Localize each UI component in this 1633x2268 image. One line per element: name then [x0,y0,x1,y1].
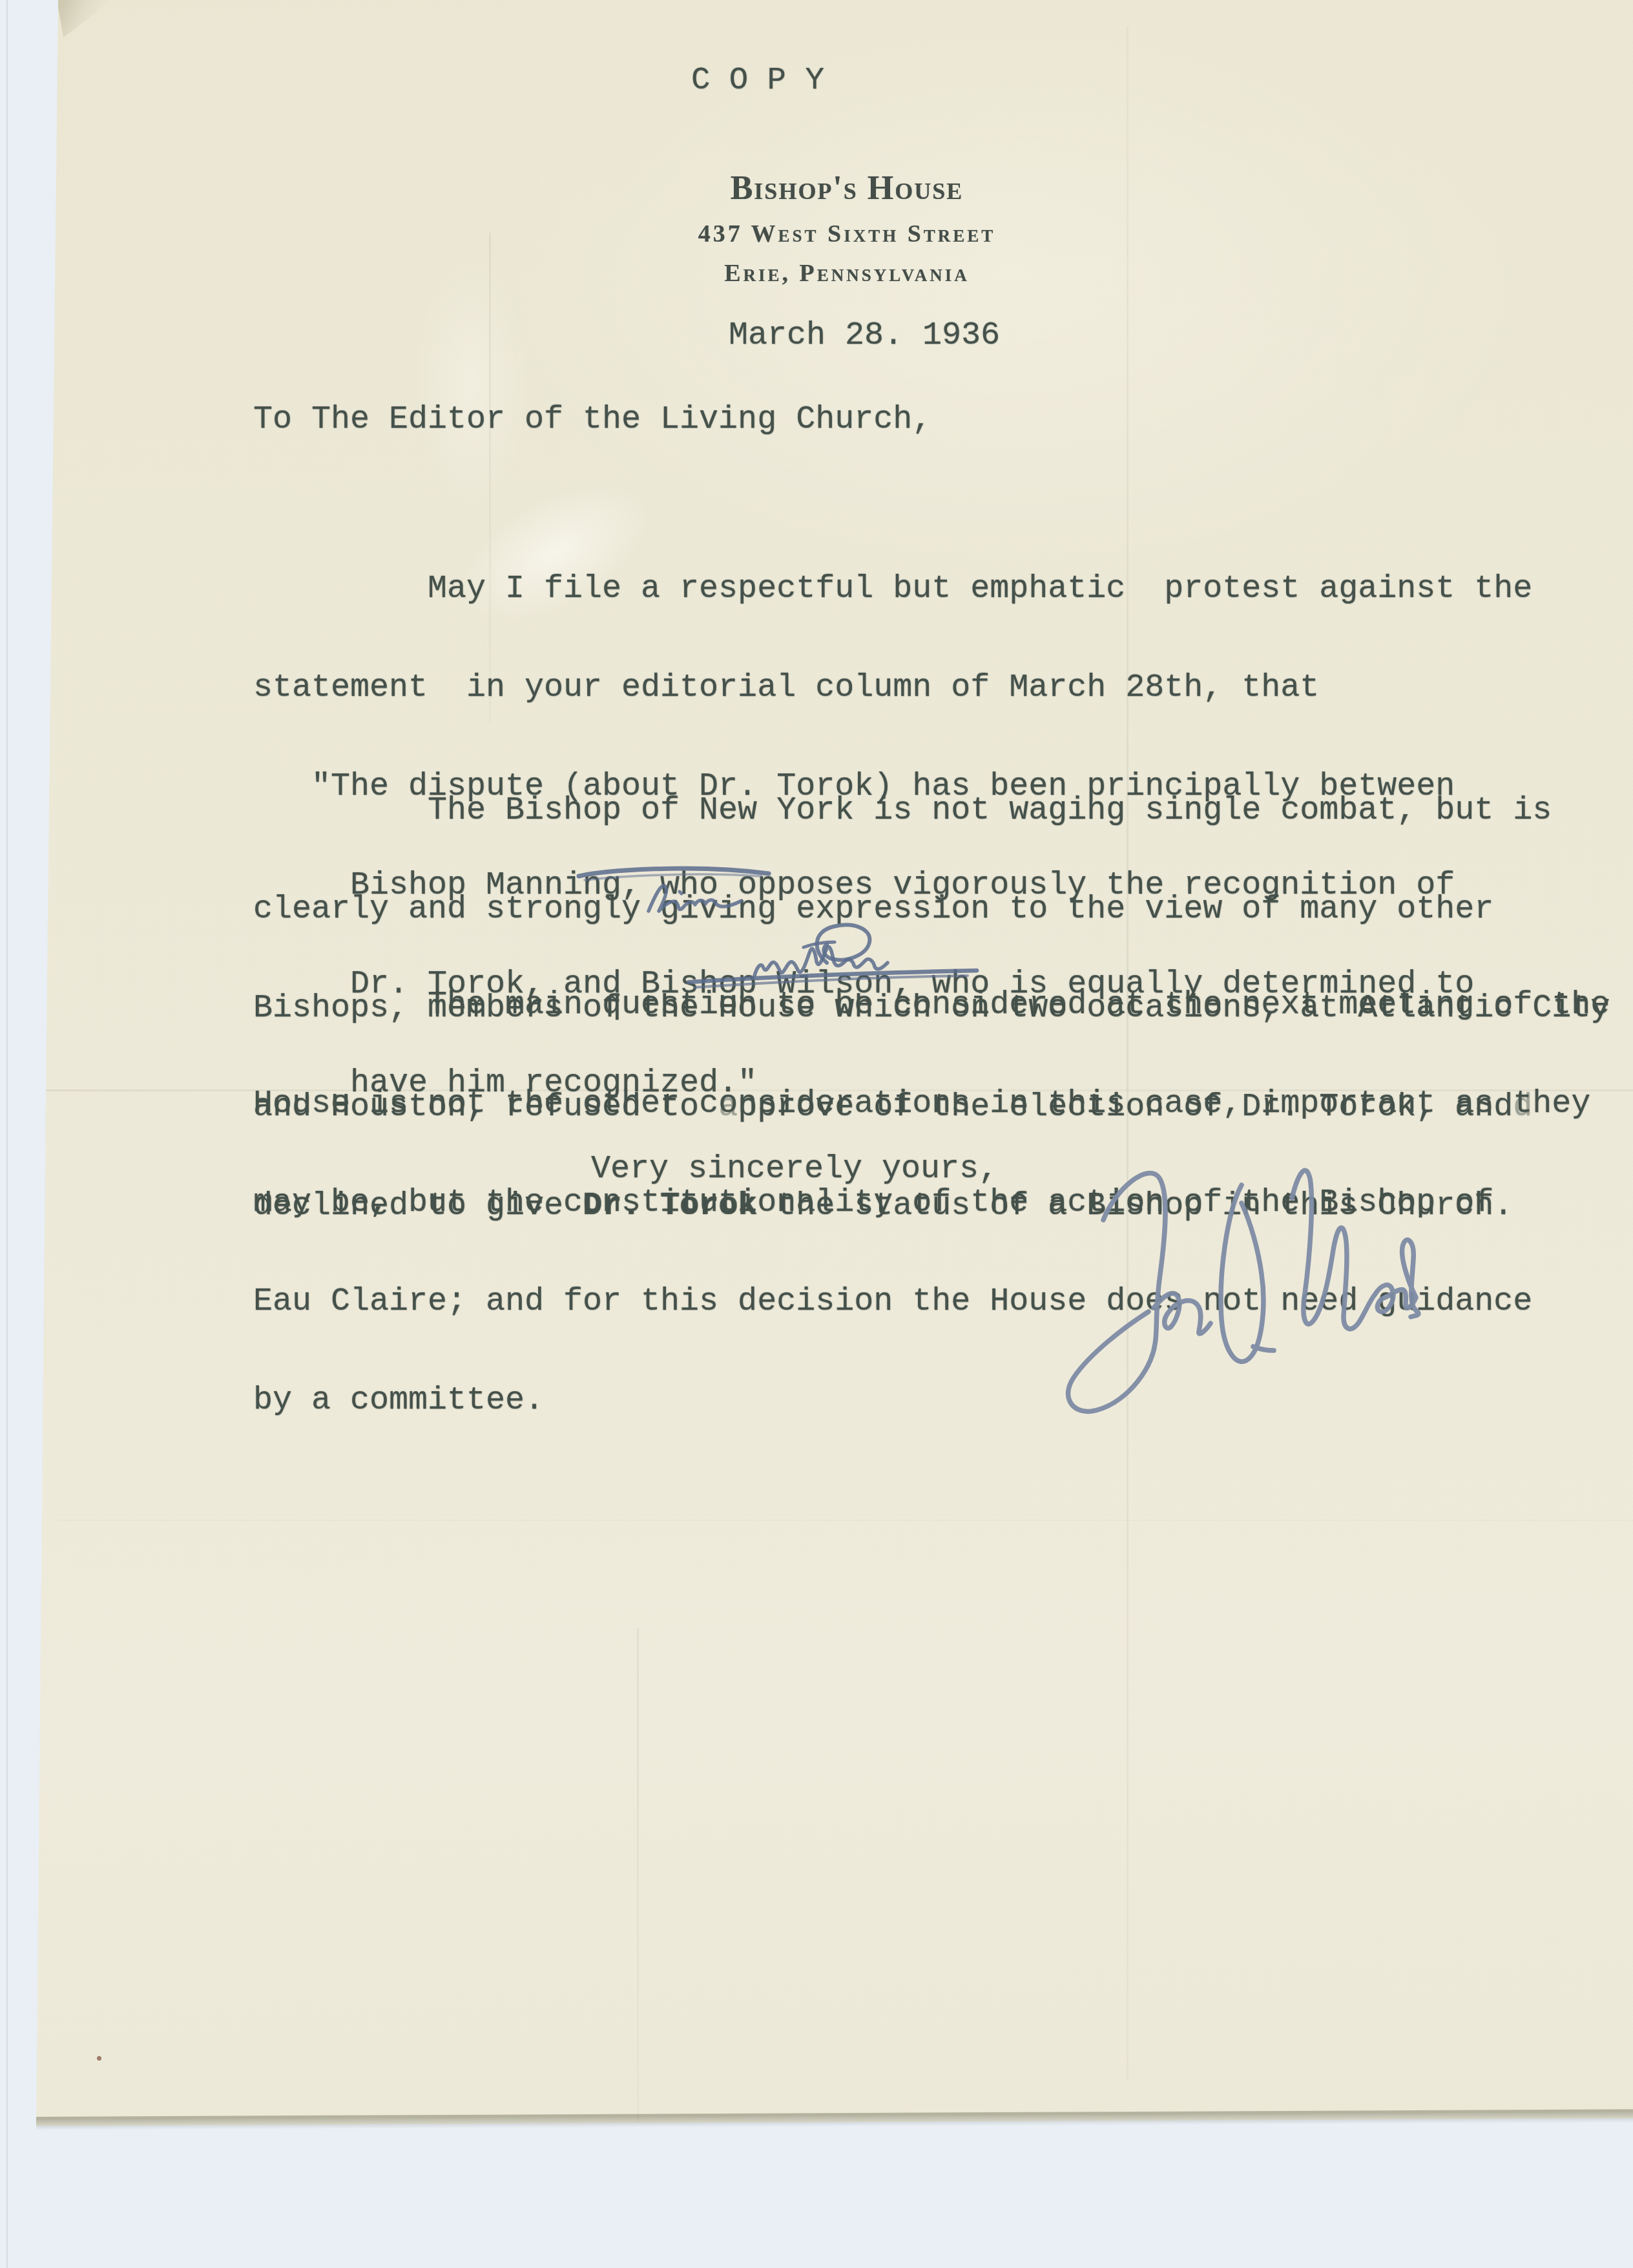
typed-line: clearly and strongly giving expression t… [253,893,1610,926]
typed-line: May I file a respectful but emphatic pro… [253,572,1532,605]
paper-corner-fold [57,0,112,37]
typed-line: House is not the other considerations in… [253,1087,1610,1120]
typed-segment: in this case, important as they [970,1086,1590,1122]
typed-line: Eau Claire; and for this decision the Ho… [253,1285,1610,1318]
pen-looped-word: be [835,987,873,1024]
letterhead-street: 437 West Sixth Street [698,220,996,248]
scanned-letter: C O P Y Bishop's House 437 West Sixth St… [0,0,1633,2268]
typed-segment: considered at the next meeting of the [873,987,1610,1024]
paper-sheen [413,246,530,517]
typed-segment: The main question to [253,987,835,1024]
typed-line: The main question to be considered at th… [253,989,1610,1022]
date-line: March 28. 1936 [729,319,1000,352]
letterhead-name: Bishop's House [731,169,964,207]
struck-word: considerations [699,1086,970,1122]
paragraph-3: The main question to be considered at th… [253,923,1610,1483]
paper-left-edge [34,0,56,2126]
copy-label: C O P Y [691,64,824,97]
paper-fold-horizontal [58,1520,1633,1521]
salutation: To The Editor of the Living Church, [253,403,931,436]
letterhead-city: Erie, Pennsylvania [724,259,970,288]
typed-line: statement in your editorial column of Ma… [253,671,1532,704]
paper-speck [97,2056,101,2061]
typed-segment: House is not the other [253,1086,699,1122]
typed-line: by a committee. [253,1384,1610,1417]
typed-line: The Bishop of New York is not waging sin… [253,794,1610,827]
letter-paper: C O P Y Bishop's House 437 West Sixth St… [0,0,1633,2268]
paper-crease-vertical [637,1628,639,2126]
closing-line: Very sincerely yours, [591,1153,998,1186]
scanner-bed-edge [6,0,8,2268]
typed-line: may be, but the constitutionality of the… [253,1186,1610,1219]
